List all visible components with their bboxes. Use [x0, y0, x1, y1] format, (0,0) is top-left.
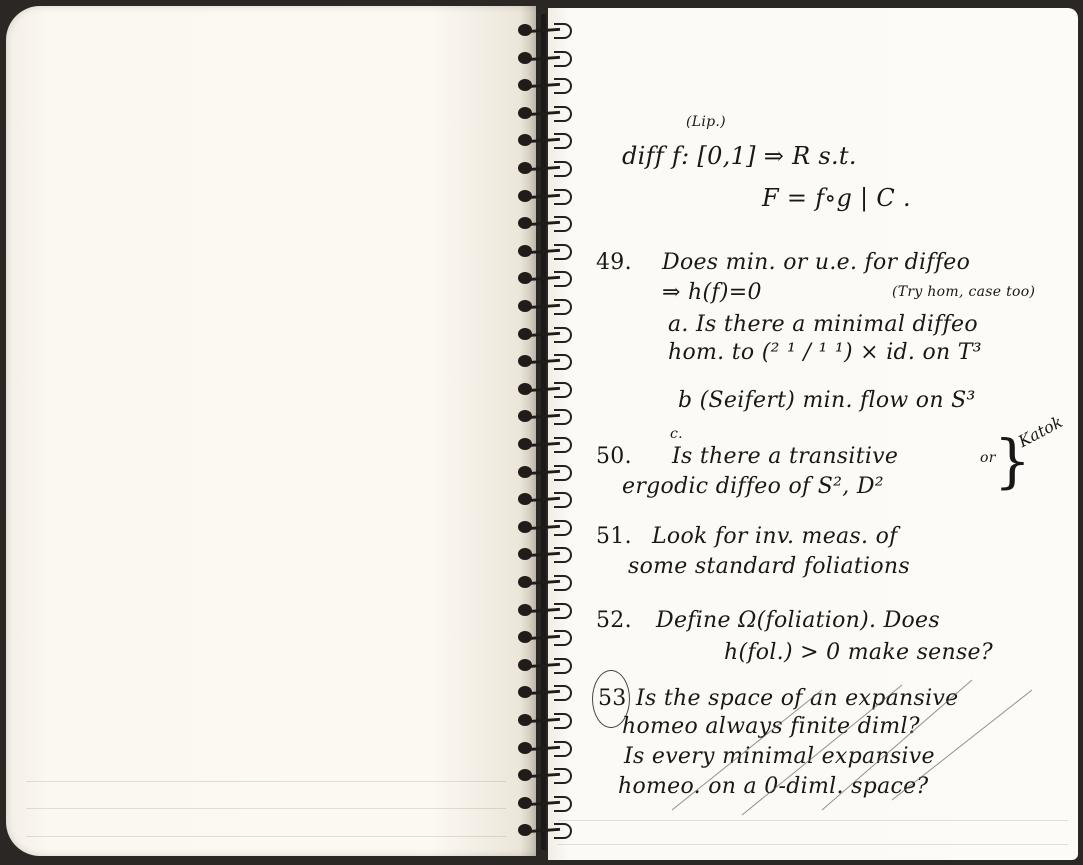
spiral-coil	[512, 77, 582, 93]
item-51-line: some standard foliations	[628, 554, 910, 579]
spiral-binding	[512, 14, 582, 850]
spiral-coil	[512, 50, 582, 66]
spiral-coil	[512, 491, 582, 507]
item-51-number: 51.	[596, 524, 632, 549]
spiral-coil	[512, 822, 582, 838]
page-rule	[26, 808, 506, 809]
item-49-line: a. Is there a minimal diffeo	[668, 312, 978, 337]
left-notebook-page	[6, 6, 536, 856]
spiral-coil	[512, 132, 582, 148]
spiral-coil	[512, 298, 582, 314]
item-52-line: h(fol.) > 0 make sense?	[724, 640, 993, 665]
spiral-coil	[512, 326, 582, 342]
item-53-line: homeo. on a 0-diml. space?	[618, 774, 929, 799]
spiral-coil	[512, 464, 582, 480]
page-rule	[26, 836, 506, 837]
item-49-line: hom. to (² ¹ / ¹ ¹) × id. on T³	[668, 340, 982, 365]
item-50-line: ergodic diffeo of S², D²	[622, 474, 884, 499]
spiral-coil	[512, 574, 582, 590]
header-line-1: diff f: [0,1] ⇒ R s.t.	[622, 142, 857, 170]
spiral-coil	[512, 602, 582, 618]
item-53-line: Is the space of an expansive	[636, 686, 958, 711]
header-line-2: F = f∘g | C .	[762, 184, 911, 212]
spiral-coil	[512, 740, 582, 756]
spiral-coil	[512, 215, 582, 231]
spiral-coil	[512, 381, 582, 397]
item-49-line: Does min. or u.e. for diffeo	[662, 250, 970, 275]
spiral-coil	[512, 105, 582, 121]
spiral-coil	[512, 436, 582, 452]
page-rule	[26, 781, 506, 782]
item-50-correction: c.	[670, 426, 683, 442]
spiral-coil	[512, 684, 582, 700]
item-51-line: Look for inv. meas. of	[652, 524, 898, 549]
item-49-aside: (Try hom, case too)	[892, 284, 1035, 300]
spiral-coil	[512, 22, 582, 38]
spiral-coil	[512, 795, 582, 811]
spiral-coil	[512, 657, 582, 673]
spiral-coil	[512, 188, 582, 204]
spiral-coil	[512, 270, 582, 286]
spiral-coil	[512, 519, 582, 535]
spiral-coil	[512, 353, 582, 369]
item-52-number: 52.	[596, 608, 632, 633]
spiral-coil	[512, 767, 582, 783]
spiral-coil	[512, 546, 582, 562]
spiral-coil	[512, 160, 582, 176]
item-49-number: 49.	[596, 250, 632, 275]
header-superscript: (Lip.)	[686, 114, 726, 130]
item-52-line: Define Ω(foliation). Does	[656, 608, 940, 633]
item-53-line: homeo always finite diml?	[622, 714, 920, 739]
item-50-line: Is there a transitive	[672, 444, 898, 469]
item-49-line: b (Seifert) min. flow on S³	[678, 388, 976, 413]
page-rule	[558, 820, 1068, 821]
item-50-number: 50.	[596, 444, 632, 469]
spiral-coil	[512, 243, 582, 259]
item-53-line: Is every minimal expansive	[624, 744, 935, 769]
page-rule	[558, 844, 1068, 845]
item-53-number: 53	[598, 686, 627, 711]
spiral-coil	[512, 408, 582, 424]
spiral-coil	[512, 712, 582, 728]
item-49-line: ⇒ h(f)=0	[662, 280, 762, 305]
spiral-coil	[512, 629, 582, 645]
